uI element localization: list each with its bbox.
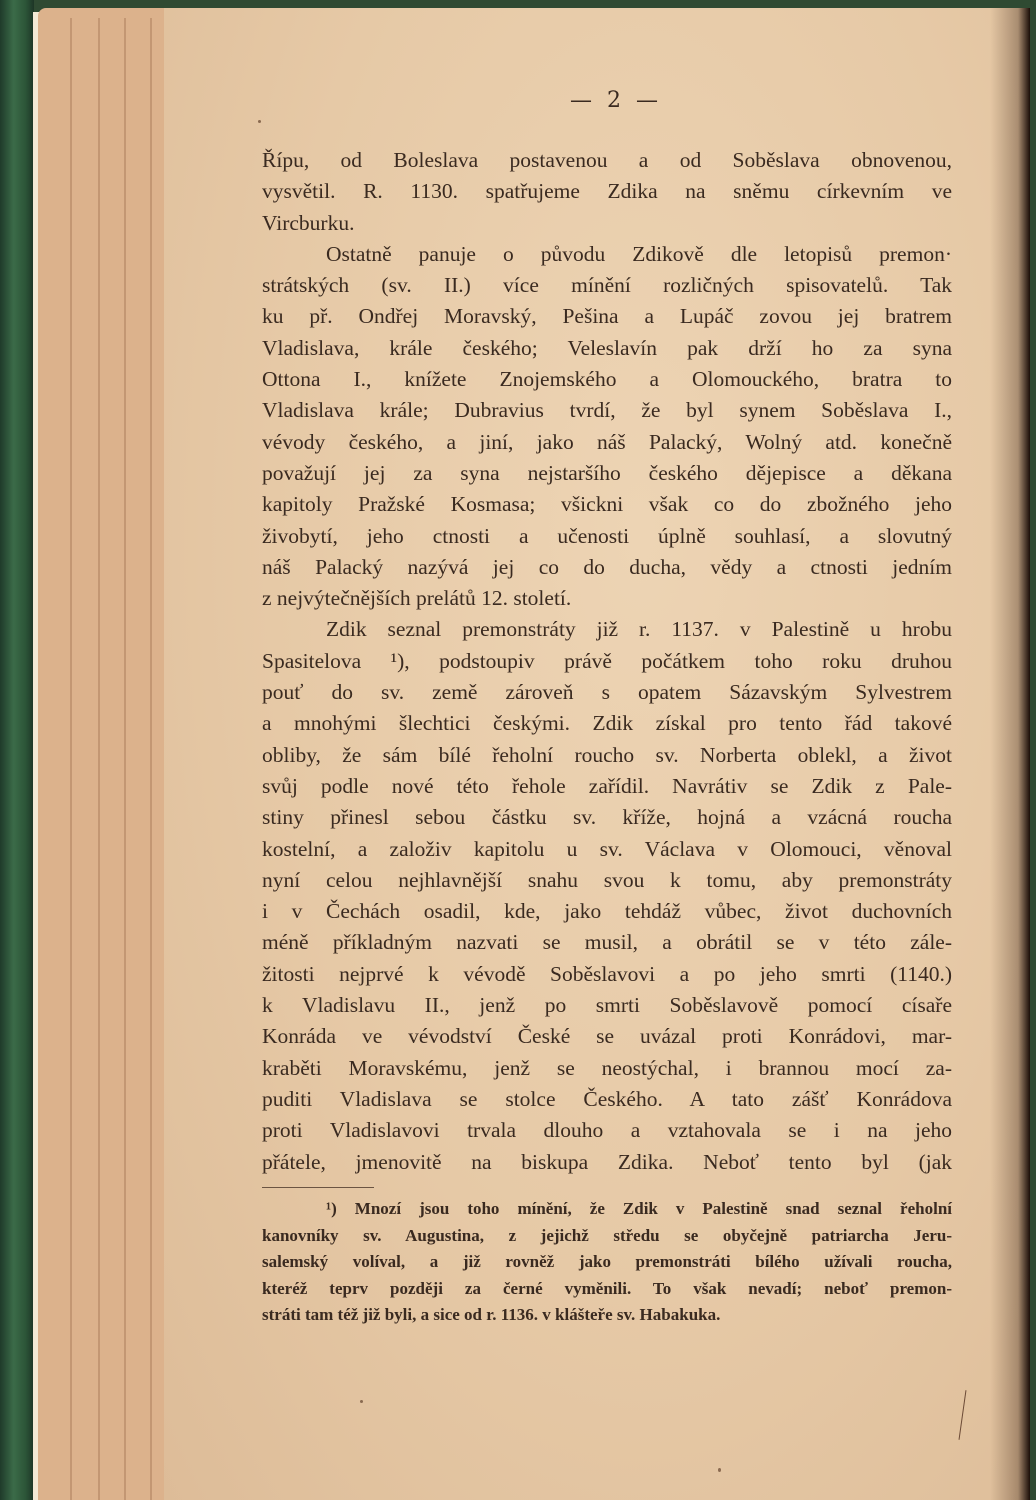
page-edge-line [70,18,72,1500]
text-line: Ottona I., knížete Znojemského a Olomouc… [262,364,952,395]
text-line: a mnohými šlechtici českými. Zdik získal… [262,708,952,739]
text-line: Vircburku. [262,208,952,239]
text-line: Spasitelova ¹), podstoupiv právě počátke… [262,646,952,677]
text-line: i v Čechách osadil, kde, jako tehdáž vůb… [262,896,952,927]
text-line: živobytí, jeho ctnosti a učenosti úplně … [262,521,952,552]
text-line: vysvětil. R. 1130. spatřujeme Zdika na s… [262,176,952,207]
text-line: Konráda ve vévodství České se uvázal pro… [262,1021,952,1052]
footnote-line: ¹) Mnozí jsou toho mínění, že Zdik v Pal… [262,1196,952,1223]
footnote-line: kteréž teprv později za černé vyměnili. … [262,1276,952,1303]
text-line: pouť do sv. země zároveň s opatem Sázavs… [262,677,952,708]
text-line: strátských (sv. II.) více mínění rozličn… [262,270,952,301]
text-line: nyní celou nejhlavnější snahu svou k tom… [262,865,952,896]
text-line: kraběti Moravskému, jenž se neostýchal, … [262,1053,952,1084]
paper-speck [718,1468,721,1472]
text-line: náš Palacký nazývá jej co do ducha, vědy… [262,552,952,583]
text-line: stiny přinesl sebou částku sv. kříže, ho… [262,802,952,833]
text-line: k Vladislavu II., jenž po smrti Soběslav… [262,990,952,1021]
text-line: považují jej za syna nejstaršího českého… [262,458,952,489]
page-edge-line [98,18,100,1500]
text-line: méně příkladným nazvati se musil, a obrá… [262,927,952,958]
text-line: puditi Vladislava se stolce Českého. A t… [262,1084,952,1115]
footnote-line: salemský volíval, a již rovněž jako prem… [262,1249,952,1276]
page-gutter-shadow [990,8,1030,1500]
text-line: svůj podle nové této řehole zařídil. Nav… [262,771,952,802]
text-line: proti Vladislavovi trvala dlouho a vztah… [262,1115,952,1146]
text-line: Vladislava krále; Dubravius tvrdí, že by… [262,395,952,426]
text-line: Zdik seznal premonstráty již r. 1137. v … [262,614,952,645]
paper-speck [360,1400,363,1403]
text-line: Ostatně panuje o původu Zdikově dle leto… [262,239,952,270]
text-line: Vladislava, krále českého; Veleslavín pa… [262,333,952,364]
page-edge-line [150,18,152,1500]
page-number: — 2 — [570,88,662,113]
text-line: kostelní, a založiv kapitolu u sv. Václa… [262,834,952,865]
text-line: přátele, jmenovitě na biskupa Zdika. Neb… [262,1147,952,1178]
text-line: obliby, že sám bílé řeholní roucho sv. N… [262,740,952,771]
page-edge-line [124,18,126,1500]
book-binding-spine [0,0,34,1500]
footnote: ¹) Mnozí jsou toho mínění, že Zdik v Pal… [262,1196,952,1329]
text-line: z nejvýtečnějších prelátů 12. století. [262,583,952,614]
paper-speck [258,120,261,123]
text-line: vévody českého, a jiní, jako náš Palacký… [262,427,952,458]
body-text: Řípu, od Boleslava postavenou a od Soběs… [262,145,952,1178]
text-line: kapitoly Pražské Kosmasa; všickni však c… [262,489,952,520]
footnote-line: kanovníky sv. Augustina, z jejichž střed… [262,1223,952,1250]
text-line: Řípu, od Boleslava postavenou a od Soběs… [262,145,952,176]
text-line: žitosti nejprvé k vévodě Soběslavovi a p… [262,959,952,990]
text-line: ku př. Ondřej Moravský, Pešina a Lupáč z… [262,301,952,332]
footnote-line: stráti tam též již byli, a sice od r. 11… [262,1302,952,1329]
footnote-divider [262,1187,374,1188]
